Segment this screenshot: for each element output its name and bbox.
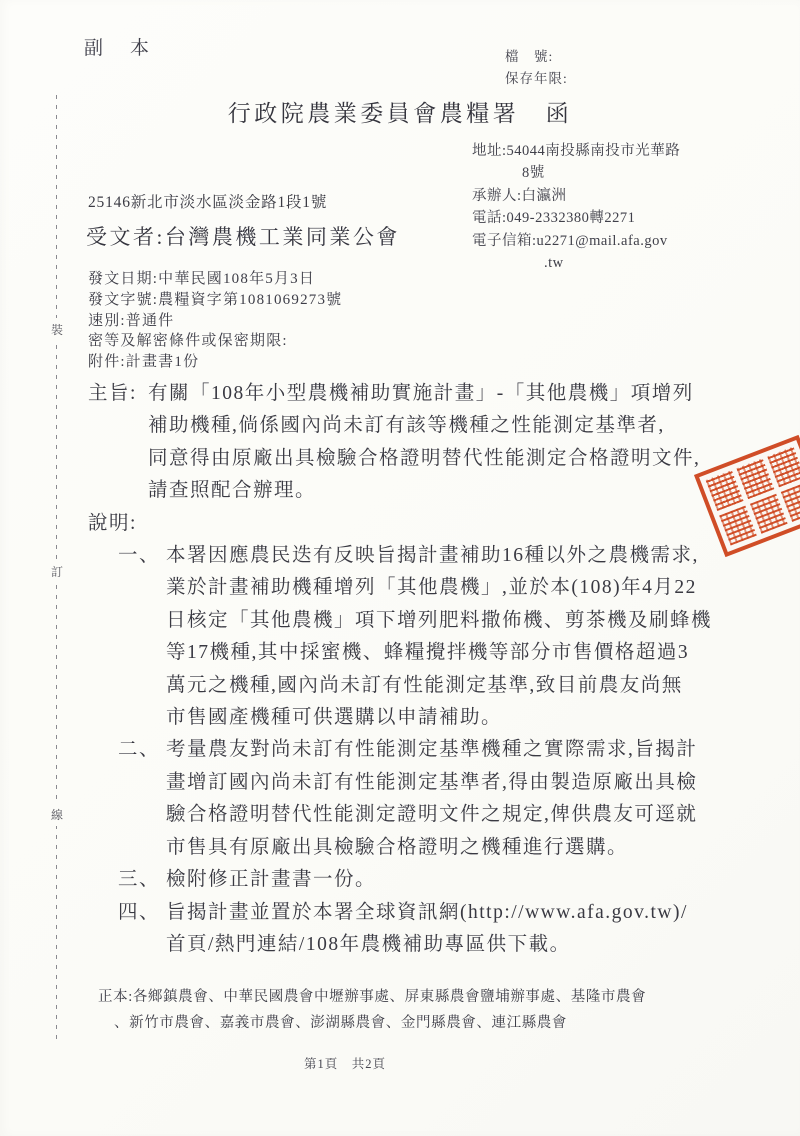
item-line: 畫增訂國內尚未訂有性能測定基準者,得由製造原廠出具檢 <box>88 767 753 799</box>
item-line: 首頁/熱門連結/108年農機補助專區供下載。 <box>88 929 753 961</box>
contact-email-line1: 電子信箱:u2271@mail.afa.gov <box>472 230 680 252</box>
item-line: 市售具有原廠出具檢驗合格證明之機種進行選購。 <box>88 832 753 864</box>
explanation-item-2: 二、考量農友對尚未訂有性能測定基準機種之實際需求,旨揭計 <box>88 734 753 766</box>
subject-text: 有關「108年小型農機補助實施計畫」-「其他農機」項增列 <box>148 383 694 404</box>
seal-glyph <box>750 493 788 533</box>
item-number: 四、 <box>118 897 166 929</box>
file-number-label: 檔 號: <box>505 46 568 68</box>
cc-recipients-block: 正本:各鄉鎮農會、中華民國農會中壢辦事處、屏東縣農會鹽埔辦事處、基隆市農會 、新… <box>98 985 646 1036</box>
seal-glyph <box>736 458 774 498</box>
subject-line: 補助機種,倘係國內尚未訂有該等機種之性能測定基準者, <box>88 410 753 442</box>
item-line: 萬元之機種,國內尚未訂有性能測定基準,致目前農友尚無 <box>88 670 753 702</box>
binding-label-zhuang: 裝 <box>50 318 64 341</box>
seal-glyph <box>767 446 800 486</box>
binding-label-xian: 線 <box>50 803 64 826</box>
contact-person: 承辦人:白瀛洲 <box>472 185 680 207</box>
security-class: 密等及解密條件或保密期限: <box>88 331 342 352</box>
agency-address-line1: 地址:54044南投縣南投市光華路 <box>472 140 680 162</box>
item-number: 二、 <box>118 734 166 766</box>
item-line: 業於計畫補助機種增列「其他農機」,並於本(108)年4月22 <box>88 572 753 604</box>
scanned-letter-page: 裝 訂 線 副本 檔 號: 保存年限: 行政院農業委員會農糧署 函 地址:540… <box>0 0 800 1136</box>
contact-phone: 電話:049-2332380轉2271 <box>472 207 680 229</box>
explanation-item-1: 一、本署因應農民迭有反映旨揭計畫補助16種以外之農機需求, <box>88 540 753 572</box>
subject-line: 請查照配合辦理。 <box>88 475 753 507</box>
explanation-label: 說明: <box>88 508 753 540</box>
item-text: 旨揭計畫並置於本署全球資訊網(http://www.afa.gov.tw)/ <box>166 902 688 923</box>
item-line: 等17機種,其中採蜜機、蜂糧攪拌機等部分市售價格超過3 <box>88 637 753 669</box>
item-text: 考量農友對尚未訂有性能測定基準機種之實際需求,旨揭計 <box>166 739 697 760</box>
subject-line: 主旨:有關「108年小型農機補助實施計畫」-「其他農機」項增列 <box>88 378 753 410</box>
item-line: 日核定「其他農機」項下增列肥料撒佈機、剪茶機及刷蜂機 <box>88 605 753 637</box>
item-line: 市售國產機種可供選購以申請補助。 <box>88 702 753 734</box>
doc-number: 發文字號:農糧資字第1081069273號 <box>88 290 342 311</box>
letter-body: 主旨:有關「108年小型農機補助實施計畫」-「其他農機」項增列 補助機種,倘係國… <box>88 378 753 961</box>
cc-recipients-line1: 正本:各鄉鎮農會、中華民國農會中壢辦事處、屏東縣農會鹽埔辦事處、基隆市農會 <box>98 985 646 1011</box>
speed-class: 速別:普通件 <box>88 311 342 332</box>
contact-email-line2: .tw <box>472 252 680 274</box>
agency-contact-block: 地址:54044南投縣南投市光華路 8號 承辦人:白瀛洲 電話:049-2332… <box>472 140 680 274</box>
copy-stamp-label: 副本 <box>84 33 176 60</box>
document-meta-block: 發文日期:中華民國108年5月3日 發文字號:農糧資字第1081069273號 … <box>88 269 342 373</box>
item-line: 驗合格證明替代性能測定證明文件之規定,俾供農友可逕就 <box>88 799 753 831</box>
file-number-block: 檔 號: 保存年限: <box>505 46 568 90</box>
document-title: 行政院農業委員會農糧署 函 <box>0 95 800 128</box>
recipient-postal-address: 25146新北市淡水區淡金路1段1號 <box>88 190 327 212</box>
seal-glyph <box>719 505 757 545</box>
page-number: 第1頁 共2頁 <box>0 1054 690 1072</box>
agency-address-line2: 8號 <box>472 162 680 184</box>
binding-label-ding: 訂 <box>50 560 64 583</box>
issue-date: 發文日期:中華民國108年5月3日 <box>88 269 342 290</box>
cc-recipients-line2: 、新竹市農會、嘉義市農會、澎湖縣農會、金門縣農會、連江縣農會 <box>98 1011 646 1037</box>
recipient-line: 受文者:台灣農機工業同業公會 <box>86 221 400 251</box>
retention-period-label: 保存年限: <box>505 68 568 90</box>
subject-label: 主旨: <box>88 378 148 410</box>
item-text: 檢附修正計畫書一份。 <box>166 869 376 890</box>
item-number: 三、 <box>118 864 166 896</box>
explanation-item-4: 四、旨揭計畫並置於本署全球資訊網(http://www.afa.gov.tw)/ <box>88 897 753 929</box>
seal-glyph <box>706 470 744 510</box>
explanation-item-3: 三、檢附修正計畫書一份。 <box>88 864 753 896</box>
subject-line: 同意得由原廠出具檢驗合格證明替代性能測定合格證明文件, <box>88 443 753 475</box>
attachment: 附件:計畫書1份 <box>88 352 342 373</box>
item-number: 一、 <box>118 540 166 572</box>
item-text: 本署因應農民迭有反映旨揭計畫補助16種以外之農機需求, <box>166 545 699 566</box>
